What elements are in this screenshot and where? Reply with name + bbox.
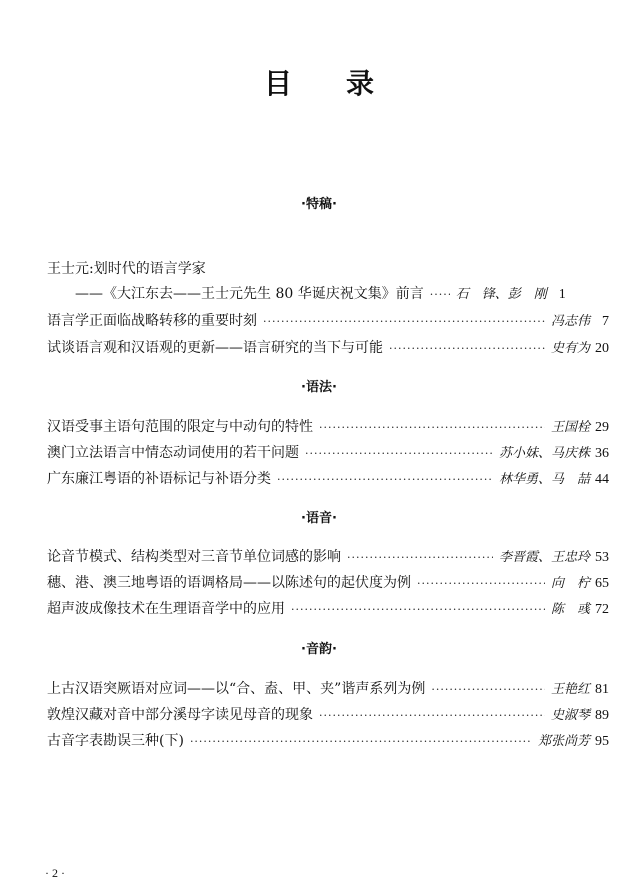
entry-author: 石 锋、彭 刚 bbox=[456, 283, 547, 302]
entry-title: 上古汉语突厥语对应词——以“合、盍、甲、夹”谐声系列为例 bbox=[47, 678, 425, 698]
entry-author: 陈 彧 bbox=[551, 598, 590, 617]
entry-page: 20 bbox=[595, 341, 609, 357]
toc-entry[interactable]: ——《大江东去——王士元先生 80 华诞庆祝文集》前言 石 锋、彭 刚 1 bbox=[75, 283, 609, 303]
toc-entry[interactable]: 语言学正面临战略转移的重要时刻 冯志伟 7 bbox=[47, 310, 609, 330]
entry-page: 89 bbox=[595, 708, 609, 724]
footer-page-number: · 2 · bbox=[45, 866, 65, 881]
toc-entry[interactable]: 论音节模式、结构类型对三音节单位词感的影响 李晋霞、王忠玲 53 bbox=[47, 546, 609, 566]
entry-title: ——《大江东去——王士元先生 80 华诞庆祝文集》前言 bbox=[75, 283, 424, 303]
leader-dots bbox=[430, 288, 450, 301]
entry-title: 汉语受事主语句范围的限定与中动句的特性 bbox=[47, 416, 313, 436]
section-heading-special: ·特稿· bbox=[0, 193, 638, 212]
leader-dots bbox=[417, 577, 545, 590]
toc-entry[interactable]: 澳门立法语言中情态动词使用的若干问题 苏小妹、马庆株 36 bbox=[47, 442, 609, 462]
entry-title: 古音字表勘误三种(下) bbox=[47, 730, 184, 750]
leader-dots bbox=[319, 421, 545, 434]
section-heading-grammar: ·语法· bbox=[0, 376, 638, 395]
toc-entry[interactable]: 试谈语言观和汉语观的更新——语言研究的当下与可能 史有为 20 bbox=[47, 337, 609, 357]
entry-author: 李晋霞、王忠玲 bbox=[499, 546, 590, 565]
entry-title: 试谈语言观和汉语观的更新——语言研究的当下与可能 bbox=[47, 337, 383, 357]
entry-page: 72 bbox=[595, 602, 609, 618]
entry-title: 语言学正面临战略转移的重要时刻 bbox=[47, 310, 257, 330]
entry-page: 65 bbox=[595, 576, 609, 592]
leader-dots bbox=[291, 603, 545, 616]
section-heading-phonetics: ·语音· bbox=[0, 507, 638, 526]
entry-page: 95 bbox=[595, 734, 609, 750]
toc-entry[interactable]: 王士元:划时代的语言学家 bbox=[47, 258, 609, 278]
toc-entry[interactable]: 敦煌汉藏对音中部分溪母字读见母音的现象 史淑琴 89 bbox=[47, 704, 609, 724]
entry-title: 广东廉江粤语的补语标记与补语分类 bbox=[47, 468, 271, 488]
entry-author: 郑张尚芳 bbox=[538, 730, 590, 749]
entry-page: 7 bbox=[595, 314, 609, 330]
leader-dots bbox=[277, 473, 493, 486]
leader-dots bbox=[190, 735, 532, 748]
toc-entry[interactable]: 超声波成像技术在生理语音学中的应用 陈 彧 72 bbox=[47, 598, 609, 618]
entry-author: 王国栓 bbox=[551, 416, 590, 435]
section-heading-phonology: ·音韵· bbox=[0, 638, 638, 657]
entry-author: 史淑琴 bbox=[551, 704, 590, 723]
entry-author: 向 柠 bbox=[551, 572, 590, 591]
entry-title: 论音节模式、结构类型对三音节单位词感的影响 bbox=[47, 546, 341, 566]
leader-dots bbox=[263, 315, 545, 328]
leader-dots bbox=[389, 342, 545, 355]
entry-author: 林华勇、马 喆 bbox=[499, 468, 590, 487]
entry-author: 王艳红 bbox=[551, 678, 590, 697]
leader-dots bbox=[319, 709, 545, 722]
toc-entry[interactable]: 汉语受事主语句范围的限定与中动句的特性 王国栓 29 bbox=[47, 416, 609, 436]
toc-entry[interactable]: 上古汉语突厥语对应词——以“合、盍、甲、夹”谐声系列为例 王艳红 81 bbox=[47, 678, 609, 698]
entry-title: 超声波成像技术在生理语音学中的应用 bbox=[47, 598, 285, 618]
toc-entry[interactable]: 古音字表勘误三种(下) 郑张尚芳 95 bbox=[47, 730, 609, 750]
entry-title: 敦煌汉藏对音中部分溪母字读见母音的现象 bbox=[47, 704, 313, 724]
entry-title: 穗、港、澳三地粤语的语调格局——以陈述句的起伏度为例 bbox=[47, 572, 411, 592]
entry-page: 81 bbox=[595, 682, 609, 698]
entry-author: 冯志伟 bbox=[551, 310, 590, 329]
leader-dots bbox=[305, 447, 493, 460]
entry-page: 1 bbox=[552, 287, 566, 303]
entry-page: 53 bbox=[595, 550, 609, 566]
leader-dots bbox=[431, 683, 545, 696]
entry-page: 44 bbox=[595, 472, 609, 488]
entry-author: 苏小妹、马庆株 bbox=[499, 442, 590, 461]
entry-title: 王士元:划时代的语言学家 bbox=[47, 258, 206, 278]
toc-entry[interactable]: 广东廉江粤语的补语标记与补语分类 林华勇、马 喆 44 bbox=[47, 468, 609, 488]
entry-page: 29 bbox=[595, 420, 609, 436]
entry-title: 澳门立法语言中情态动词使用的若干问题 bbox=[47, 442, 299, 462]
page-title: 目录 bbox=[0, 62, 638, 102]
toc-entry[interactable]: 穗、港、澳三地粤语的语调格局——以陈述句的起伏度为例 向 柠 65 bbox=[47, 572, 609, 592]
entry-page: 36 bbox=[595, 446, 609, 462]
entry-author: 史有为 bbox=[551, 337, 590, 356]
leader-dots bbox=[347, 551, 493, 564]
